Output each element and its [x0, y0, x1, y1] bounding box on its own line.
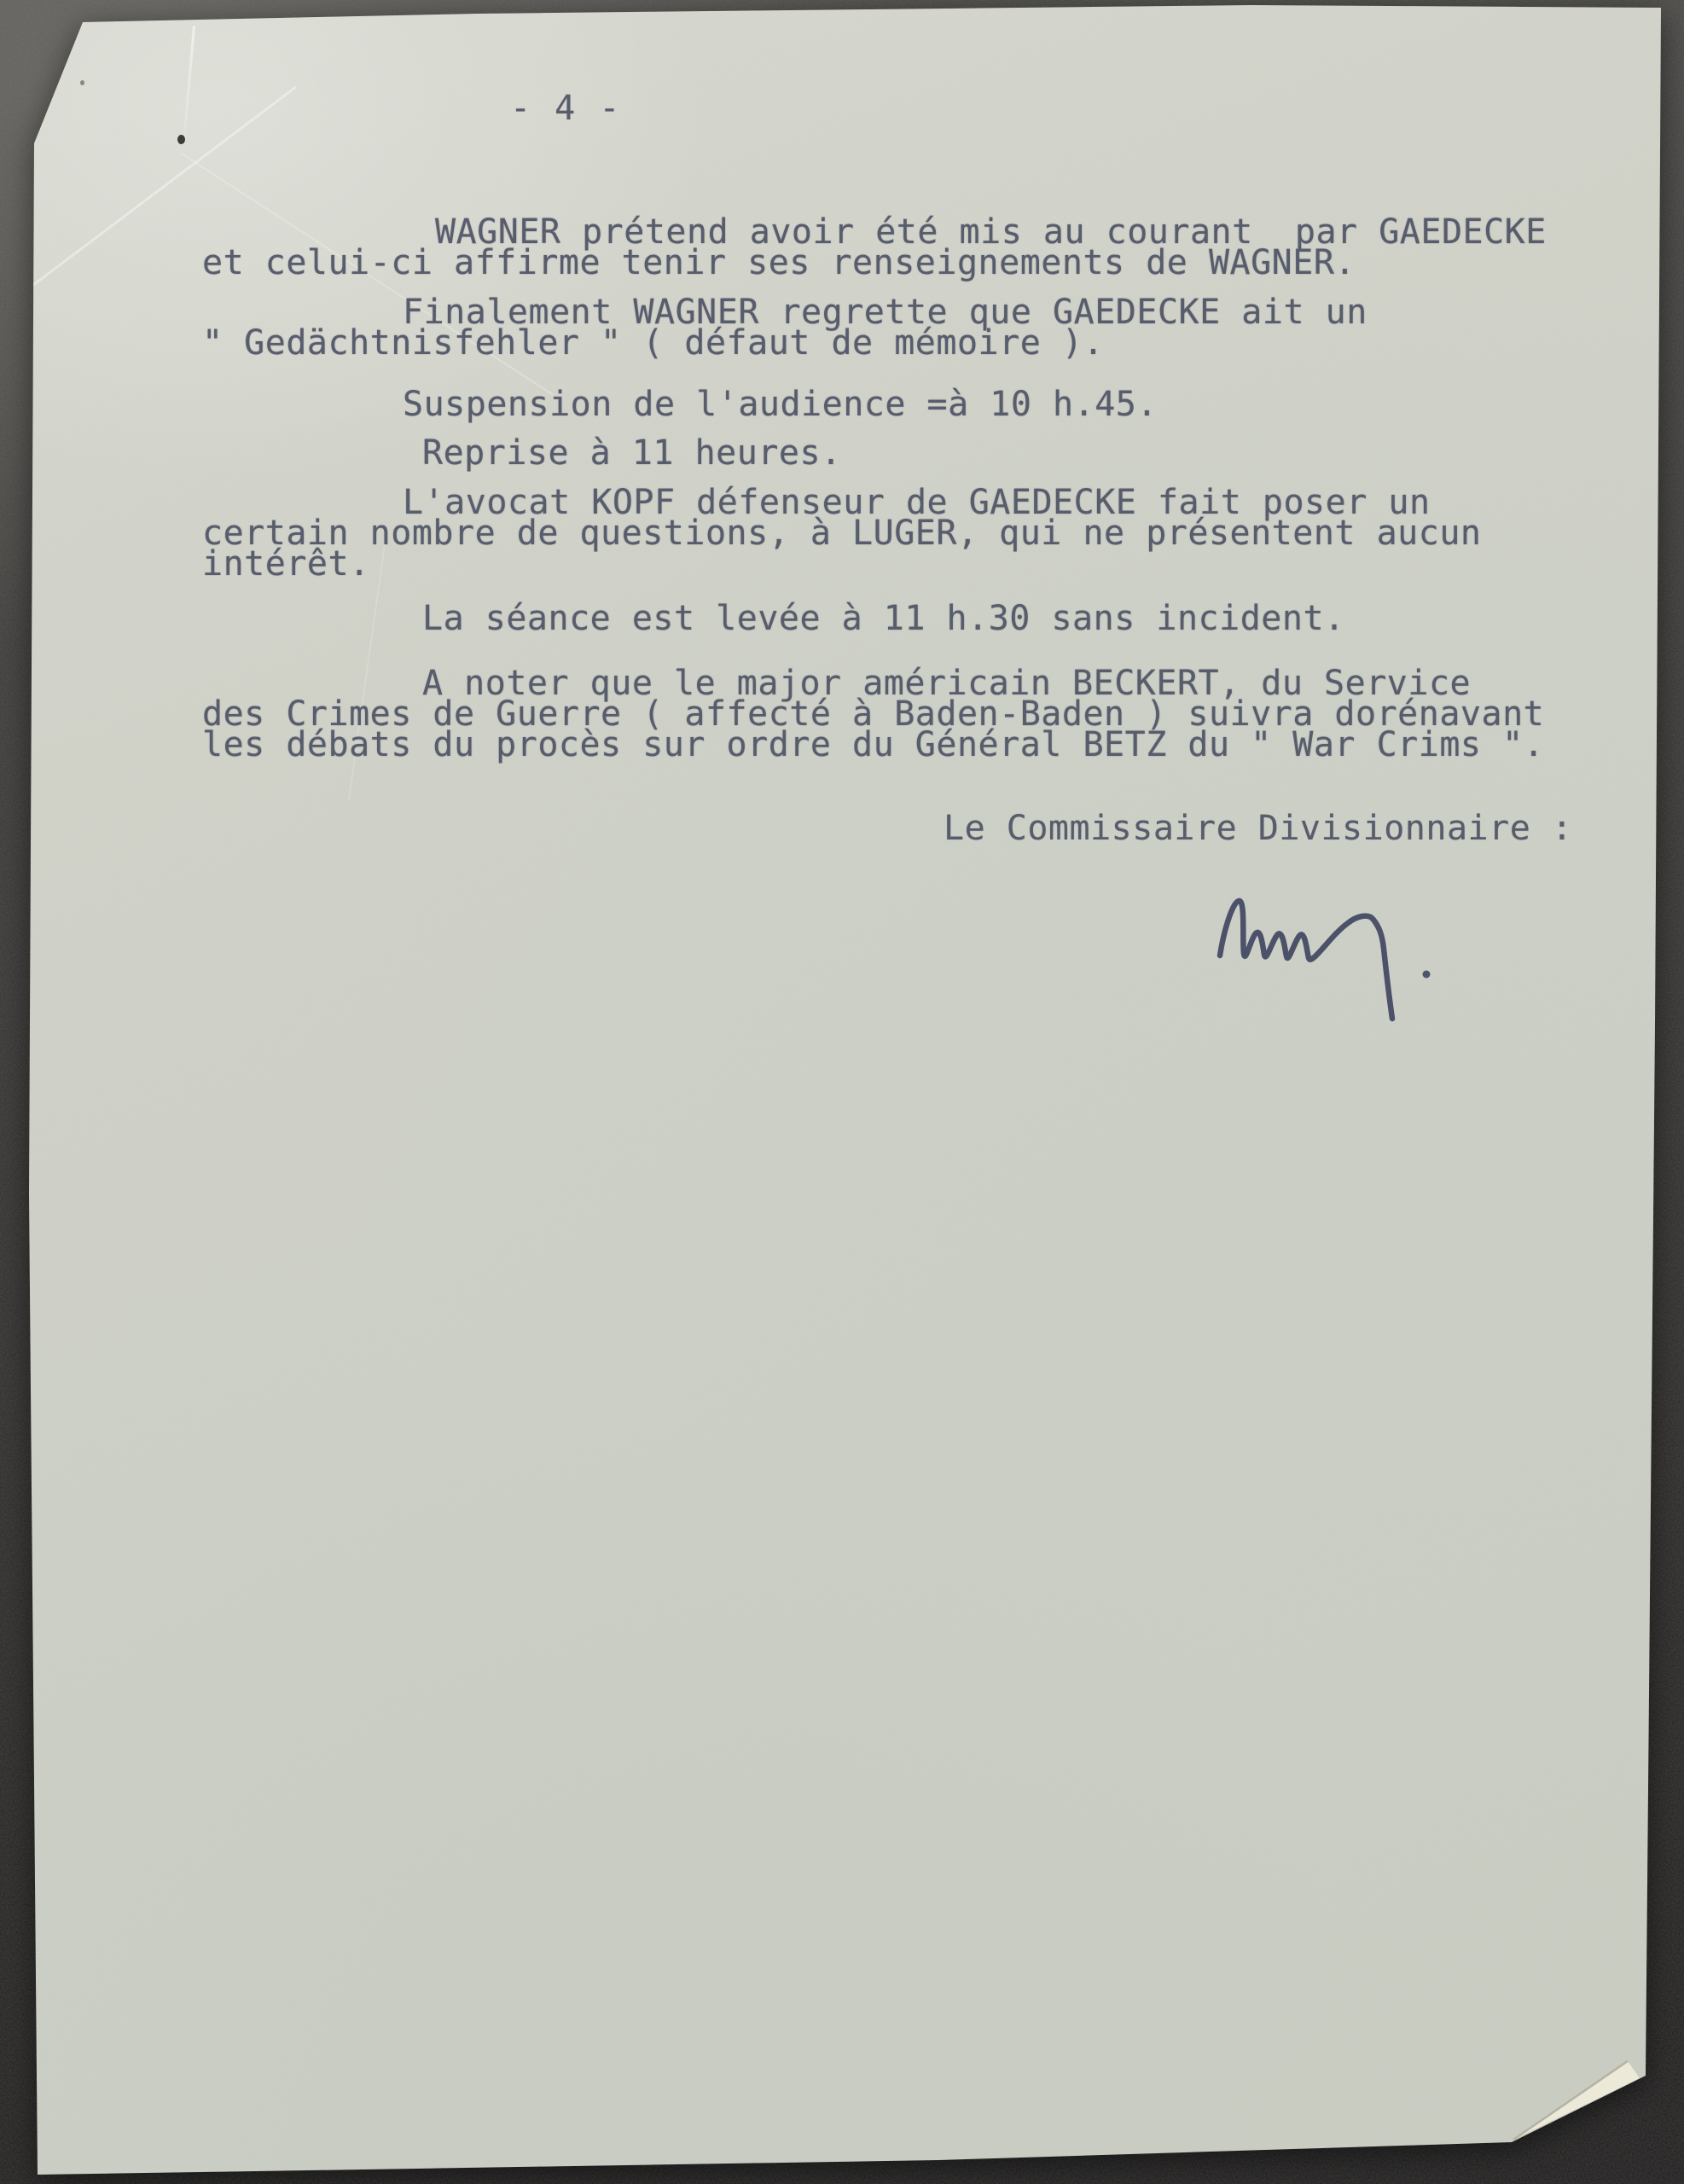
- text-line: Suspension de l'audience =à 10 h.45.: [202, 389, 1158, 420]
- text-line: " Gedächtnisfehler " ( défaut de mémoire…: [202, 328, 1368, 358]
- page-number: - 4 -: [510, 89, 621, 128]
- pinhole-small: [80, 80, 84, 85]
- paragraph-suspension: Suspension de l'audience =à 10 h.45.: [202, 389, 1158, 420]
- folded-corner: [1503, 2049, 1648, 2148]
- crease-line-vertical: [183, 26, 195, 143]
- signature-handwritten: [1201, 886, 1457, 1039]
- paragraph-wagner-pretend: WAGNER prétend avoir été mis au courant …: [202, 217, 1547, 278]
- paragraph-reprise: Reprise à 11 heures.: [202, 438, 842, 468]
- text-line: intérêt.: [202, 549, 1482, 579]
- closing-title: Le Commissaire Divisionnaire :: [944, 809, 1572, 848]
- text-line: La séance est levée à 11 h.30 sans incid…: [202, 603, 1345, 634]
- text-line: et celui-ci affirme tenir ses renseignem…: [202, 247, 1547, 278]
- text-line: Reprise à 11 heures.: [202, 438, 842, 468]
- scanned-document-background: - 4 - WAGNER prétend avoir été mis au co…: [0, 0, 1684, 2184]
- document-page: - 4 - WAGNER prétend avoir été mis au co…: [0, 0, 1684, 2184]
- paragraph-a-noter: A noter que le major américain BECKERT, …: [202, 668, 1544, 760]
- text-line: les débats du procès sur ordre du Généra…: [202, 729, 1544, 760]
- paragraph-finalement: Finalement WAGNER regrette que GAEDECKE …: [202, 297, 1368, 358]
- pinhole: [177, 135, 185, 144]
- paragraph-avocat-kopf: L'avocat KOPF défenseur de GAEDECKE fait…: [202, 487, 1482, 579]
- text-line: certain nombre de questions, à LUGER, qu…: [202, 518, 1482, 549]
- paper-shadow-wrap: - 4 - WAGNER prétend avoir été mis au co…: [0, 0, 1684, 2184]
- signature-dot: [1423, 971, 1431, 979]
- paragraph-seance-levee: La séance est levée à 11 h.30 sans incid…: [202, 603, 1345, 634]
